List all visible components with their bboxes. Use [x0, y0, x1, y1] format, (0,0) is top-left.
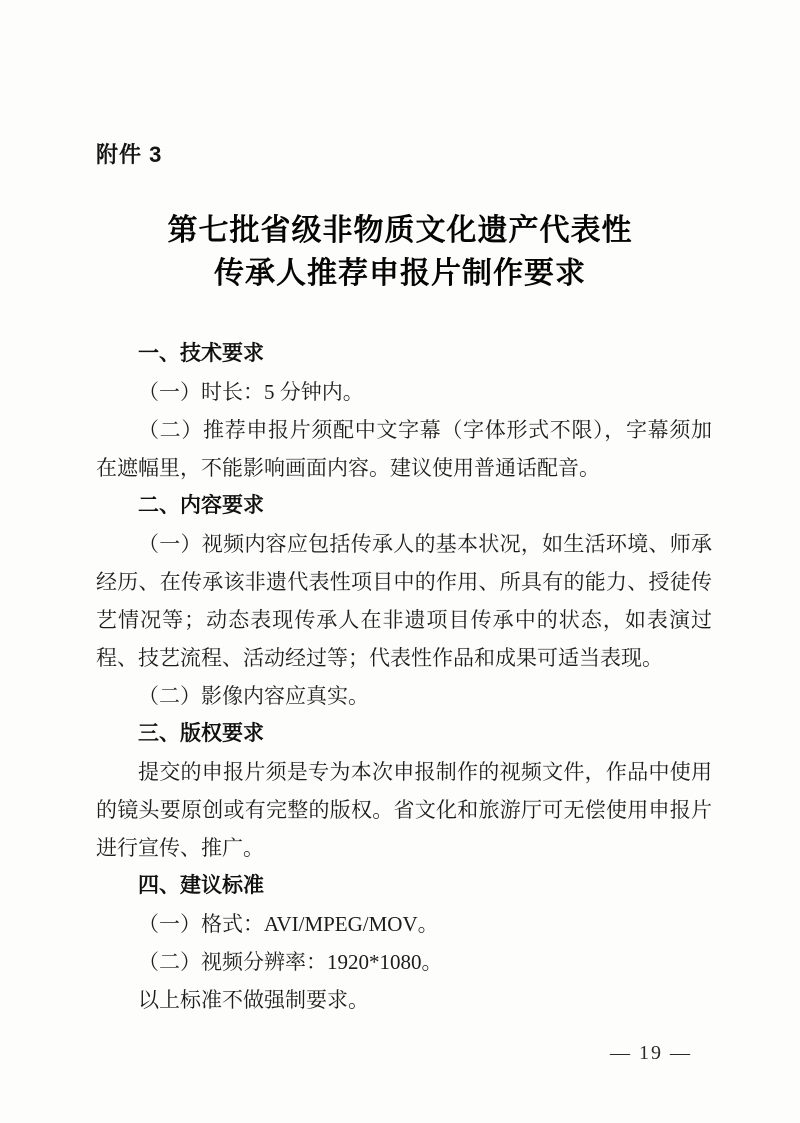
- document-body: 一、技术要求 （一）时长：5 分钟内。 （二）推荐申报片须配中文字幕（字体形式不…: [96, 335, 712, 1019]
- section-heading: 三、版权要求: [96, 715, 712, 753]
- title-line-2: 传承人推荐申报片制作要求: [0, 252, 800, 295]
- title-line-1: 第七批省级非物质文化遗产代表性: [0, 209, 800, 252]
- section-content: 二、内容要求 （一）视频内容应包括传承人的基本状况，如生活环境、师承经历、在传承…: [96, 487, 712, 715]
- section-technical: 一、技术要求 （一）时长：5 分钟内。 （二）推荐申报片须配中文字幕（字体形式不…: [96, 335, 712, 487]
- section-heading: 一、技术要求: [96, 335, 712, 373]
- section-heading: 二、内容要求: [96, 487, 712, 525]
- paragraph: （二）推荐申报片须配中文字幕（字体形式不限），字幕须加在遮幅里，不能影响画面内容…: [96, 411, 712, 487]
- paragraph: （二）视频分辨率：1920*1080。: [96, 943, 712, 981]
- paragraph: （一）视频内容应包括传承人的基本状况，如生活环境、师承经历、在传承该非遗代表性项…: [96, 525, 712, 677]
- section-recommended-standards: 四、建议标准 （一）格式：AVI/MPEG/MOV。 （二）视频分辨率：1920…: [96, 867, 712, 1019]
- document-title: 第七批省级非物质文化遗产代表性 传承人推荐申报片制作要求: [0, 209, 800, 295]
- page-number: — 19 —: [610, 1042, 692, 1065]
- paragraph: 提交的申报片须是专为本次申报制作的视频文件，作品中使用的镜头要原创或有完整的版权…: [96, 753, 712, 867]
- paragraph: （一）时长：5 分钟内。: [96, 373, 712, 411]
- paragraph: （二）影像内容应真实。: [96, 677, 712, 715]
- attachment-label: 附件 3: [96, 138, 162, 169]
- paragraph: 以上标准不做强制要求。: [96, 981, 712, 1019]
- document-page: 附件 3 第七批省级非物质文化遗产代表性 传承人推荐申报片制作要求 一、技术要求…: [0, 0, 800, 1123]
- paragraph: （一）格式：AVI/MPEG/MOV。: [96, 905, 712, 943]
- section-copyright: 三、版权要求 提交的申报片须是专为本次申报制作的视频文件，作品中使用的镜头要原创…: [96, 715, 712, 867]
- section-heading: 四、建议标准: [96, 867, 712, 905]
